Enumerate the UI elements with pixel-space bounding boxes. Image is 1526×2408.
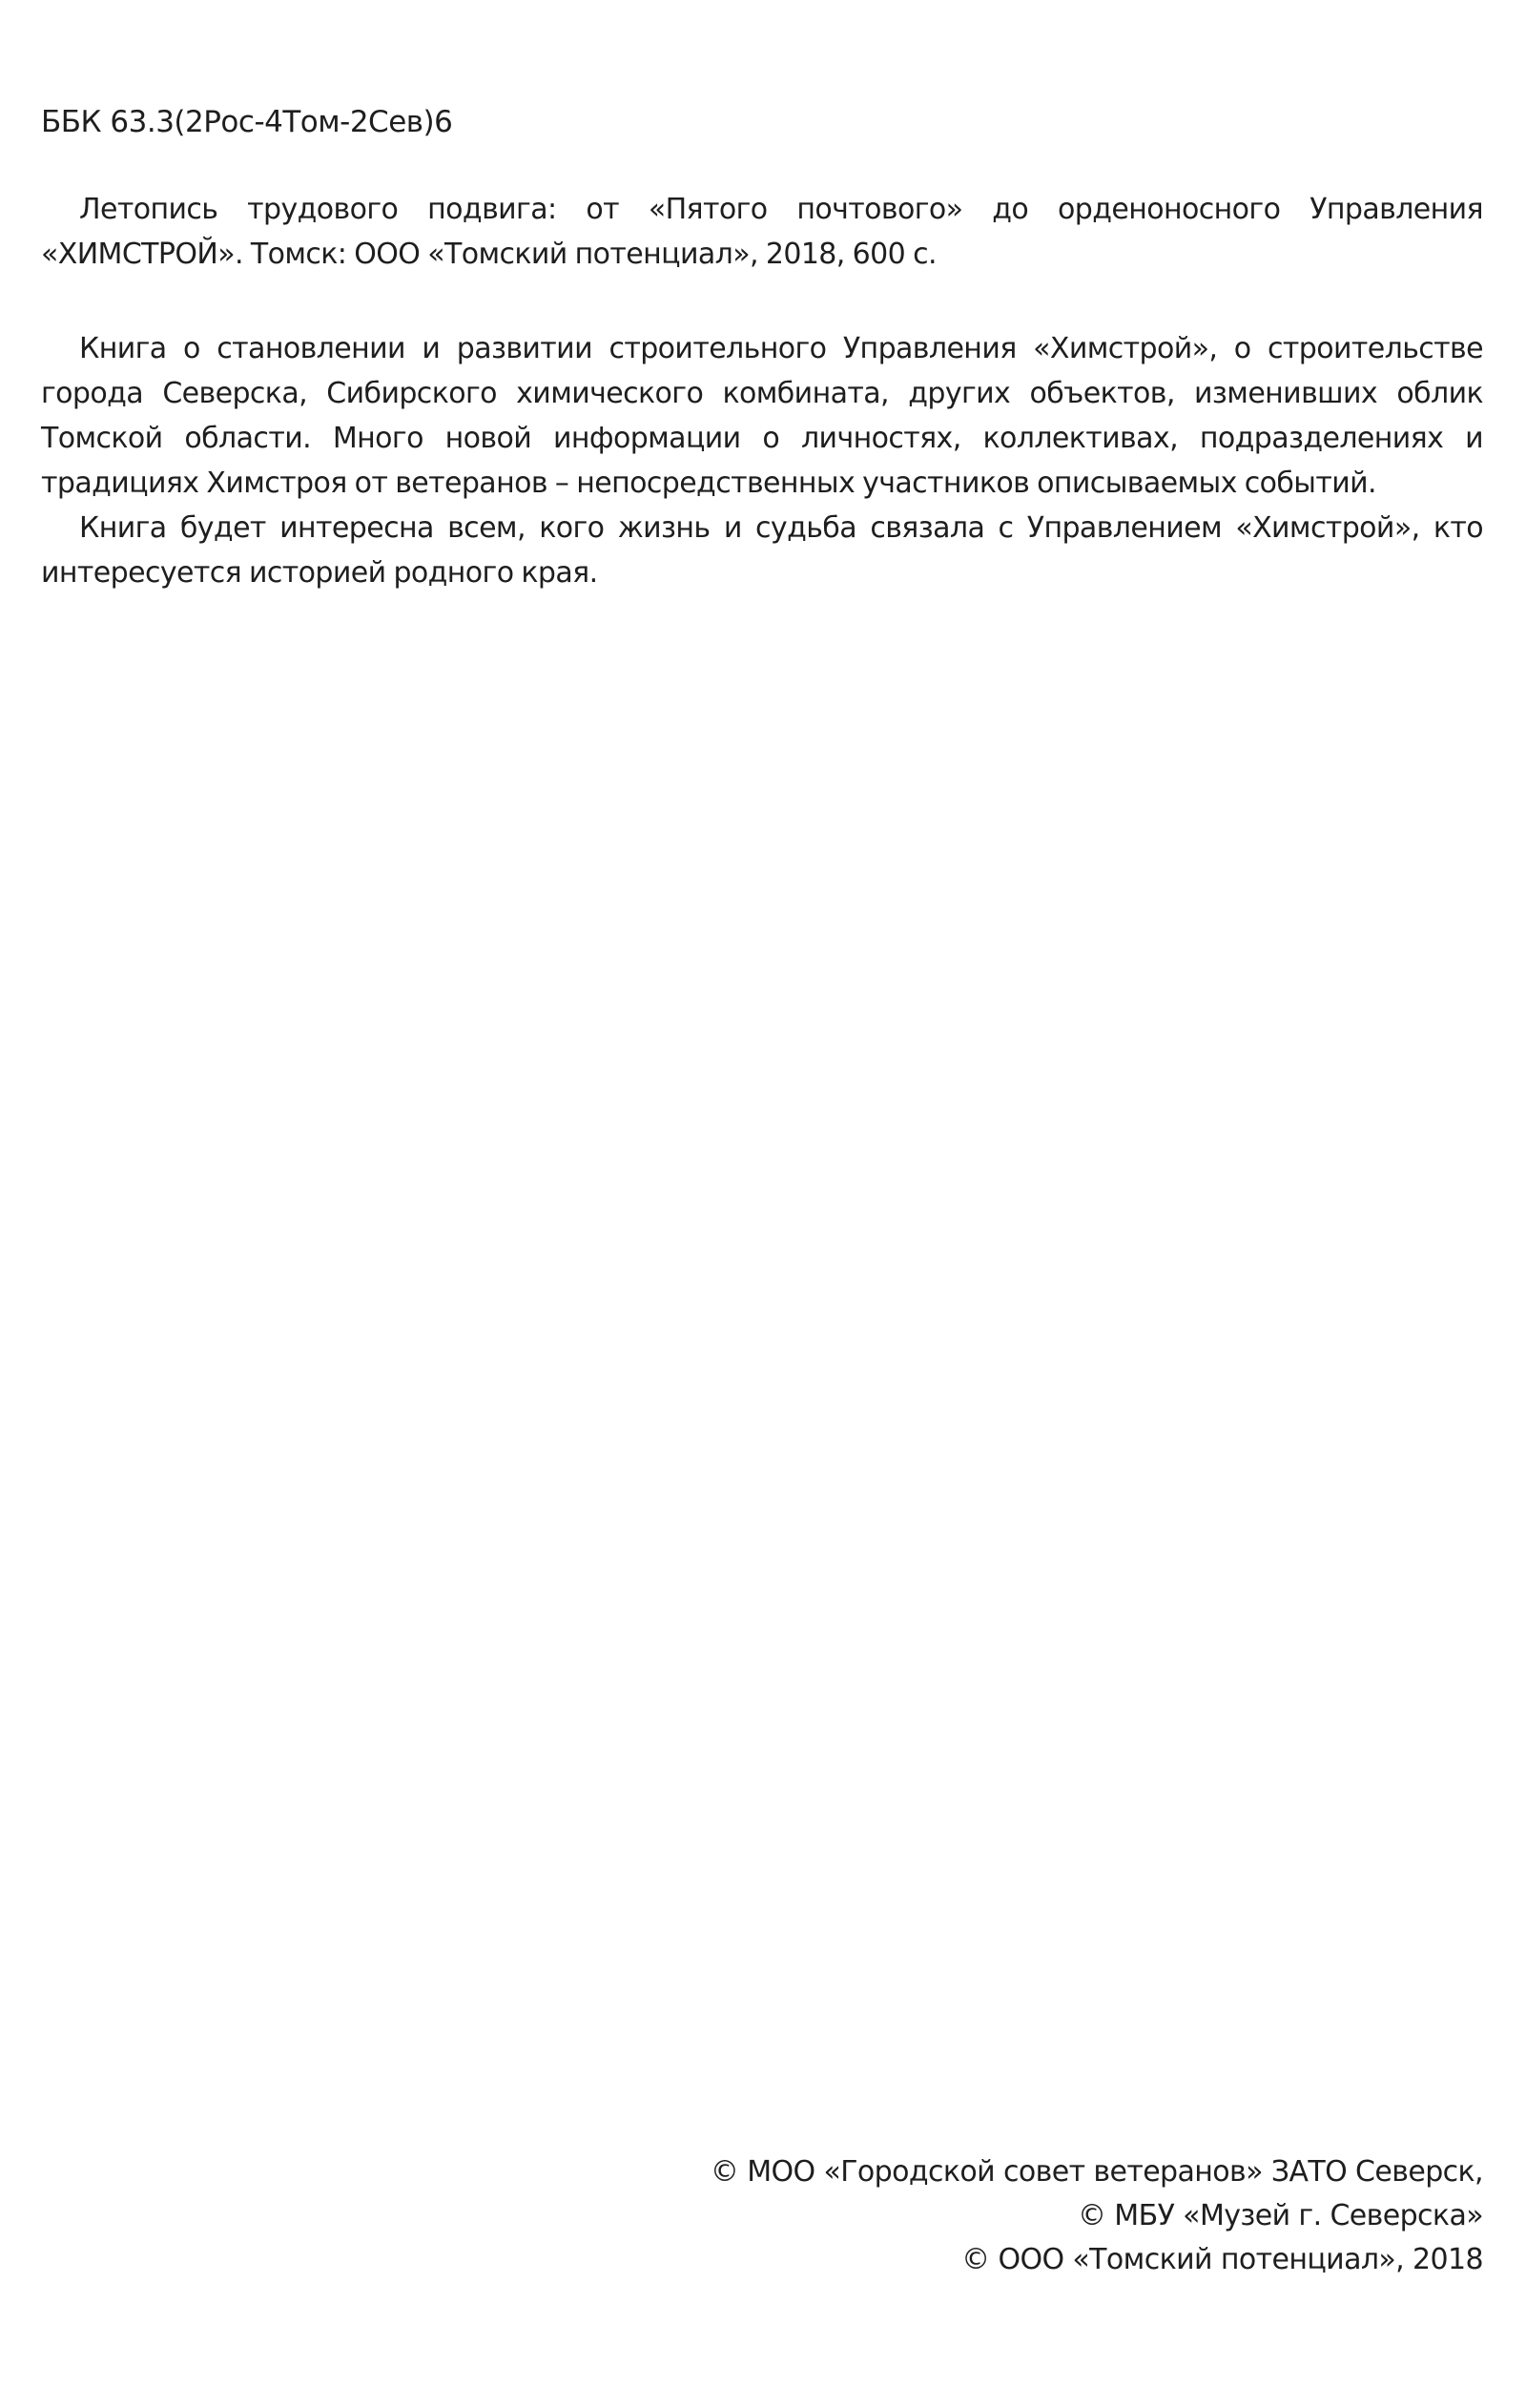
book-annotation: Книга о становлении и развитии строитель… — [41, 326, 1483, 595]
copyright-line-veterans-council: © МОО «Городской совет ветеранов» ЗАТО С… — [711, 2150, 1483, 2194]
citation-text: Летопись трудового подвига: от «Пятого п… — [41, 187, 1483, 277]
annotation-paragraph-2: Книга будет интересна всем, кого жизнь и… — [41, 506, 1483, 595]
annotation-paragraph-1: Книга о становлении и развитии строитель… — [41, 326, 1483, 506]
book-imprint-page: ББК 63.3(2Рос-4Том-2Сев)6 Летопись трудо… — [41, 0, 1483, 2408]
copyright-block: © МОО «Городской совет ветеранов» ЗАТО С… — [711, 2150, 1483, 2282]
copyright-line-publisher: © ООО «Томский потенциал», 2018 — [711, 2238, 1483, 2282]
bibliographic-citation: Летопись трудового подвига: от «Пятого п… — [41, 187, 1483, 277]
copyright-line-museum: © МБУ «Музей г. Северска» — [711, 2194, 1483, 2238]
bbk-classification-code: ББК 63.3(2Рос-4Том-2Сев)6 — [41, 103, 452, 141]
